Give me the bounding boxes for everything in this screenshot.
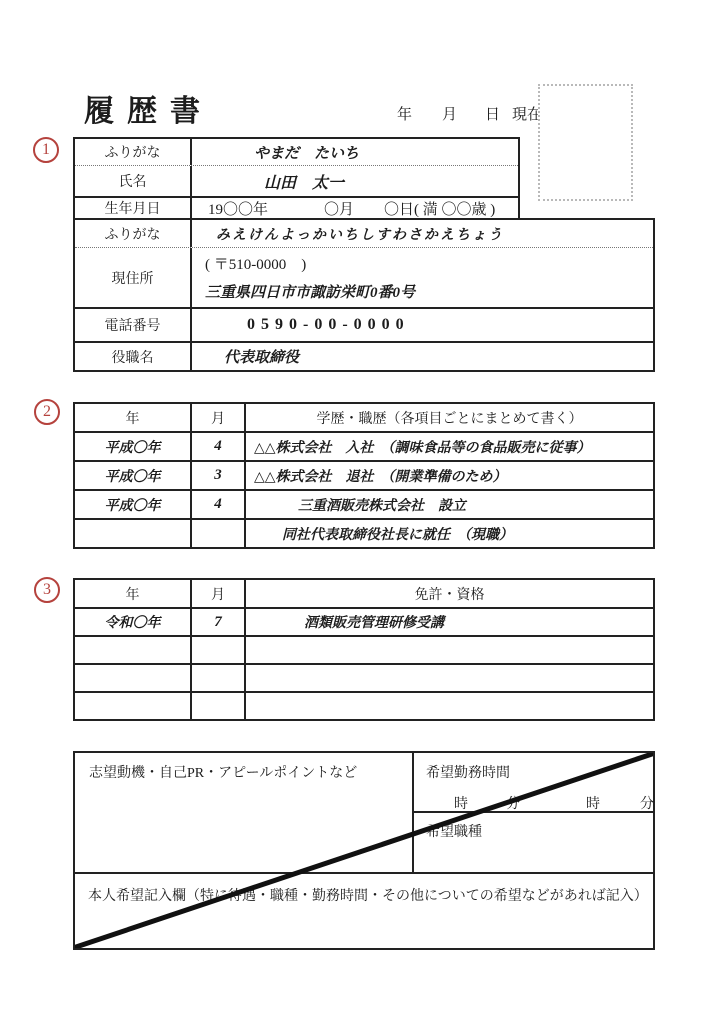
furigana-value: やまだ たいち (192, 139, 518, 165)
name-row: 氏名 山田 太一 (75, 165, 518, 196)
license-year (75, 665, 192, 691)
date-line: 年 月 日 現在 (397, 103, 542, 124)
licenses-table: 年 月 免許・資格 令和〇年 7 酒類販売管理研修受講 (73, 578, 655, 721)
preferences-table: 志望動機・自己PR・アピールポイントなど 希望勤務時間 時 分 時 分 希望職種… (73, 751, 655, 950)
address-furigana-value: みえけんよっかいちしすわさかえちょう (192, 220, 653, 247)
license-year: 令和〇年 (75, 609, 192, 635)
history-month: 4 (192, 433, 246, 460)
role-value: 代表取締役 (192, 343, 653, 370)
work-time-cell: 希望勤務時間 時 分 時 分 (414, 753, 654, 813)
license-month (192, 637, 246, 663)
history-desc: △△株式会社 入社 （調味食品等の食品販売に従事） (246, 433, 653, 460)
license-month (192, 693, 246, 719)
table-row (75, 691, 653, 719)
license-column-header: 免許・資格 (246, 580, 653, 607)
license-desc (246, 693, 653, 719)
hour-label: 時 (586, 793, 600, 813)
birth-month: 〇月 (324, 198, 354, 219)
licenses-header: 年 月 免許・資格 (75, 580, 653, 607)
history-year (75, 520, 192, 547)
address-row: 現住所 ( 〒510-0000 ) 三重県四日市市諏訪栄町0番0号 (75, 247, 653, 307)
history-year: 平成〇年 (75, 462, 192, 489)
section2-number-badge: 2 (34, 399, 60, 425)
date-day-label: 日 (485, 103, 500, 124)
phone-label: 電話番号 (75, 309, 192, 341)
month-column-header: 月 (192, 404, 246, 431)
birth-day-age: 〇日( 満 〇〇歳 ) (384, 198, 495, 219)
date-month-label: 月 (442, 103, 457, 124)
license-desc: 酒類販売管理研修受講 (246, 609, 653, 635)
birthdate-row: 生年月日 19〇〇年 〇月 〇日( 満 〇〇歳 ) (75, 196, 518, 218)
license-month: 7 (192, 609, 246, 635)
phone-value: 0590-00-0000 (192, 309, 653, 341)
request-note-cell: 本人希望記入欄（特に待遇・職種・勤務時間・その他についての希望などがあれば記入） (75, 874, 653, 905)
license-year (75, 693, 192, 719)
history-desc: △△株式会社 退社 （開業準備のため） (246, 462, 653, 489)
minute-label: 分 (640, 793, 654, 813)
name-value: 山田 太一 (192, 166, 518, 196)
name-label: 氏名 (75, 166, 192, 196)
address-label: 現住所 (75, 248, 192, 307)
photo-placeholder-box (538, 84, 633, 201)
page-title: 履歴書 (84, 86, 213, 130)
birthdate-value: 19〇〇年 〇月 〇日( 満 〇〇歳 ) (192, 198, 518, 218)
furigana-row: ふりがな やまだ たいち (75, 139, 518, 165)
motivation-cell: 志望動機・自己PR・アピールポイントなど (75, 753, 414, 872)
preferences-upper: 志望動機・自己PR・アピールポイントなど 希望勤務時間 時 分 時 分 希望職種 (75, 753, 653, 874)
history-month: 3 (192, 462, 246, 489)
license-month (192, 665, 246, 691)
work-history-header: 年 月 学歴・職歴（各項目ごとにまとめて書く） (75, 404, 653, 431)
month-column-header: 月 (192, 580, 246, 607)
history-year: 平成〇年 (75, 491, 192, 518)
address-furigana-label: ふりがな (75, 220, 192, 247)
history-column-header: 学歴・職歴（各項目ごとにまとめて書く） (246, 404, 653, 431)
address-furigana-row: ふりがな みえけんよっかいちしすわさかえちょう (75, 220, 653, 247)
table-row (75, 663, 653, 691)
address-value-cell: ( 〒510-0000 ) 三重県四日市市諏訪栄町0番0号 (192, 248, 653, 307)
date-year-label: 年 (397, 103, 412, 124)
address-value: 三重県四日市市諏訪栄町0番0号 (205, 281, 415, 302)
license-desc (246, 665, 653, 691)
year-column-header: 年 (75, 580, 192, 607)
personal-info-table-bottom: ふりがな みえけんよっかいちしすわさかえちょう 現住所 ( 〒510-0000 … (73, 218, 655, 372)
table-row (75, 635, 653, 663)
personal-info-table-top: ふりがな やまだ たいち 氏名 山田 太一 生年月日 19〇〇年 〇月 〇日( … (73, 137, 520, 218)
table-row: 同社代表取締役社長に就任 （現職） (75, 518, 653, 547)
year-column-header: 年 (75, 404, 192, 431)
resume-page: 履歴書 年 月 日 現在 1 2 3 ふりがな やまだ たいち 氏名 山田 太一… (0, 0, 724, 1024)
minute-label: 分 (506, 793, 520, 813)
section3-number-badge: 3 (34, 577, 60, 603)
history-month: 4 (192, 491, 246, 518)
history-desc: 三重酒販売株式会社 設立 (246, 491, 653, 518)
role-label: 役職名 (75, 343, 192, 370)
birthdate-label: 生年月日 (75, 198, 192, 218)
license-year (75, 637, 192, 663)
license-desc (246, 637, 653, 663)
phone-row: 電話番号 0590-00-0000 (75, 307, 653, 341)
birth-year: 19〇〇年 (208, 198, 268, 219)
role-row: 役職名 代表取締役 (75, 341, 653, 370)
hour-label: 時 (454, 793, 468, 813)
table-row: 平成〇年 4 △△株式会社 入社 （調味食品等の食品販売に従事） (75, 431, 653, 460)
furigana-label: ふりがな (75, 139, 192, 165)
table-row: 令和〇年 7 酒類販売管理研修受講 (75, 607, 653, 635)
table-row: 平成〇年 3 △△株式会社 退社 （開業準備のため） (75, 460, 653, 489)
time-fields-row: 時 分 時 分 (426, 793, 654, 813)
postal-code: ( 〒510-0000 ) (205, 253, 306, 274)
table-row: 平成〇年 4 三重酒販売株式会社 設立 (75, 489, 653, 518)
history-month (192, 520, 246, 547)
work-history-table: 年 月 学歴・職歴（各項目ごとにまとめて書く） 平成〇年 4 △△株式会社 入社… (73, 402, 655, 549)
section1-number-badge: 1 (33, 137, 59, 163)
work-time-label: 希望勤務時間 (426, 762, 654, 782)
history-desc: 同社代表取締役社長に就任 （現職） (246, 520, 653, 547)
history-year: 平成〇年 (75, 433, 192, 460)
preferences-right: 希望勤務時間 時 分 時 分 希望職種 (414, 753, 654, 872)
job-type-cell: 希望職種 (414, 813, 654, 872)
